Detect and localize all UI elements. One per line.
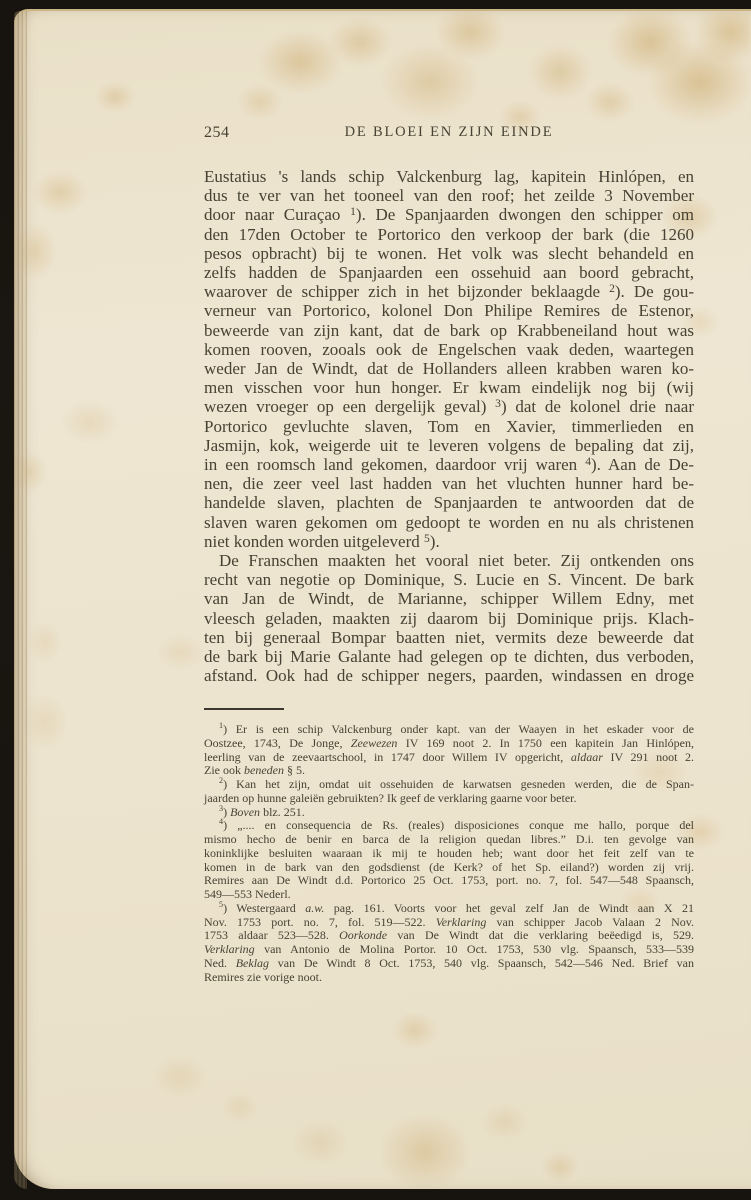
paragraph: De Franschen maakten het vooral niet bet… bbox=[204, 551, 694, 685]
text-line: Jasmijn, kok, weigerde uit te leveren vo… bbox=[204, 436, 694, 455]
text-line: Verklaring van Antonio de Molina Portor.… bbox=[204, 943, 694, 957]
paragraph: 1) Er is een schip Valckenburg onder kap… bbox=[204, 723, 694, 778]
text-line: in een roomsch land gekomen, daardoor vr… bbox=[204, 455, 694, 474]
footnote-separator bbox=[204, 708, 284, 710]
book-page: 254 DE BLOEI EN ZIJN EINDE Eustatius 's … bbox=[14, 9, 751, 1189]
text-line: Remires zie vorige noot. bbox=[204, 971, 694, 985]
text-line: Nov. 1753 port. no. 7, fol. 519—522. Ver… bbox=[204, 916, 694, 930]
text-line: 5) Westergaard a.w. pag. 161. Voorts voo… bbox=[204, 902, 694, 916]
text-line: afstand. Ook had de schipper negers, paa… bbox=[204, 666, 694, 685]
text-line: 4) „.... en consequencia de Rs. (reales)… bbox=[204, 819, 694, 833]
text-line: recht van negotie op Dominique, S. Lucie… bbox=[204, 570, 694, 589]
page-number: 254 bbox=[204, 124, 230, 142]
text-line: Eustatius 's lands schip Valckenburg lag… bbox=[204, 167, 694, 186]
text-line: den 17den October te Portorico den verko… bbox=[204, 225, 694, 244]
page-deckle-edge bbox=[14, 11, 27, 1189]
text-line: door naar Curaçao 1). De Spanjaarden dwo… bbox=[204, 205, 694, 224]
paragraph: 2) Kan het zijn, omdat uit ossehuiden de… bbox=[204, 778, 694, 806]
text-line: 1) Er is een schip Valckenburg onder kap… bbox=[204, 723, 694, 737]
scan-background: 254 DE BLOEI EN ZIJN EINDE Eustatius 's … bbox=[0, 0, 751, 1200]
text-line: ten bij generaal Bompar baatten niet, ve… bbox=[204, 628, 694, 647]
text-line: nen, die zeer veel last hadden van het v… bbox=[204, 474, 694, 493]
text-line: niet konden worden uitgeleverd 5). bbox=[204, 532, 694, 551]
text-line: men visschen voor hun honger. Er kwam ei… bbox=[204, 378, 694, 397]
paragraph: Eustatius 's lands schip Valckenburg lag… bbox=[204, 167, 694, 551]
text-line: Portorico gevluchte slaven, Tom en Xavie… bbox=[204, 417, 694, 436]
text-line: slaven waren gekomen om gedoopt te worde… bbox=[204, 513, 694, 532]
text-line: Zie ook beneden § 5. bbox=[204, 764, 694, 778]
text-line: jaarden op hunne galeiën gebruikten? Ik … bbox=[204, 792, 694, 806]
page-header: 254 DE BLOEI EN ZIJN EINDE bbox=[204, 124, 694, 144]
text-line: weder Jan de Windt, dat de Hollanders al… bbox=[204, 359, 694, 378]
text-line: vleesch geladen, maakten zij daarom bij … bbox=[204, 609, 694, 628]
running-title: DE BLOEI EN ZIJN EINDE bbox=[204, 124, 694, 141]
text-line: verneur van Portorico, kolonel Don Phili… bbox=[204, 301, 694, 320]
text-line: pesos opbracht) bij te wonen. Het volk w… bbox=[204, 244, 694, 263]
text-line: mismo hecho de benir en barca de la reli… bbox=[204, 833, 694, 847]
text-line: koninklijke besluiten waaraan ik mij te … bbox=[204, 847, 694, 861]
paragraph: 4) „.... en consequencia de Rs. (reales)… bbox=[204, 819, 694, 902]
text-line: 2) Kan het zijn, omdat uit ossehuiden de… bbox=[204, 778, 694, 792]
text-line: Oostzee, 1743, De Jonge, Zeewezen IV 169… bbox=[204, 737, 694, 751]
text-line: leerling van de zeevaartschool, in 1747 … bbox=[204, 751, 694, 765]
body-text: Eustatius 's lands schip Valckenburg lag… bbox=[204, 167, 694, 685]
text-line: waarover de schipper zich in het bijzond… bbox=[204, 282, 694, 301]
text-line: dus te ver van het tooneel van den roof;… bbox=[204, 186, 694, 205]
text-line: De Franschen maakten het vooral niet bet… bbox=[204, 551, 694, 570]
text-line: beweerde van zijn kant, dat de bark op K… bbox=[204, 321, 694, 340]
footnotes: 1) Er is een schip Valckenburg onder kap… bbox=[204, 723, 694, 984]
text-line: zelfs hadden de Spanjaarden een ossehuid… bbox=[204, 263, 694, 282]
text-line: wezen vroeger op een dergelijk geval) 3)… bbox=[204, 397, 694, 416]
paragraph: 5) Westergaard a.w. pag. 161. Voorts voo… bbox=[204, 902, 694, 985]
text-line: handelde slaven, plachten de Spanjaarden… bbox=[204, 493, 694, 512]
text-line: komen rooven, zooals ook de Engelschen v… bbox=[204, 340, 694, 359]
text-line: Remires aan De Windt d.d. Portorico 25 O… bbox=[204, 874, 694, 888]
text-line: 549—553 Nederl. bbox=[204, 888, 694, 902]
text-column: 254 DE BLOEI EN ZIJN EINDE Eustatius 's … bbox=[204, 11, 694, 1189]
text-line: de bark bij Marie Galante had gelegen op… bbox=[204, 647, 694, 666]
text-line: komen in de bark van den godsdienst (de … bbox=[204, 861, 694, 875]
text-line: van Jan de Windt, de Marianne, schipper … bbox=[204, 589, 694, 608]
text-line: 1753 aldaar 523—528. Oorkonde van De Win… bbox=[204, 929, 694, 943]
text-line: Ned. Beklag van De Windt 8 Oct. 1753, 54… bbox=[204, 957, 694, 971]
